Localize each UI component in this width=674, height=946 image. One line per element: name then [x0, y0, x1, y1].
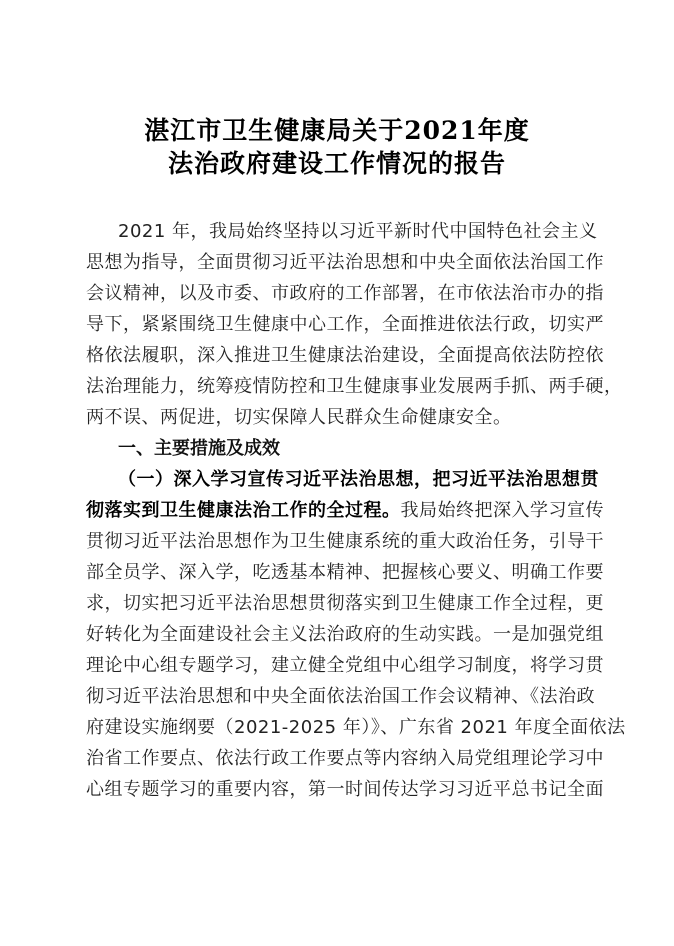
document-title-line2: 法治政府建设工作情况的报告 — [0, 147, 674, 180]
body-line: 部全员学、深入学，吃透基本精神、把握核心要义、明确工作要 — [86, 557, 592, 588]
body-line-mixed: 彻落实到卫生健康法治工作的全过程。我局始终把深入学习宣传 — [86, 495, 592, 526]
document-title-line1: 湛江市卫生健康局关于2021年度 — [0, 114, 674, 147]
body-line: 府建设实施纲要（2021-2025 年）》、广东省 2021 年度全面依法 — [86, 712, 592, 743]
body-line: 好转化为全面建设社会主义法治政府的生动实践。一是加强党组 — [86, 619, 592, 650]
body-line: 理论中心组专题学习，建立健全党组中心组学习制度，将学习贯 — [86, 650, 592, 681]
intro-line: 导下，紧紧围绕卫生健康中心工作，全面推进依法行政，切实严 — [86, 309, 592, 340]
body-line: 心组专题学习的重要内容，第一时间传达学习习近平总书记全面 — [86, 774, 592, 805]
body-line: 求，切实把习近平法治思想贯彻落实到卫生健康工作全过程，更 — [86, 588, 592, 619]
document-page: 湛江市卫生健康局关于2021年度 法治政府建设工作情况的报告 2021 年，我局… — [0, 0, 674, 946]
body-line: 贯彻习近平法治思想作为卫生健康系统的重大政治任务，引导干 — [86, 526, 592, 557]
intro-line: 2021 年，我局始终坚持以习近平新时代中国特色社会主义 — [118, 216, 592, 247]
intro-line: 法治理能力，统筹疫情防控和卫生健康事业发展两手抓、两手硬， — [86, 371, 592, 402]
body-text: 我局始终把深入学习宣传 — [401, 500, 605, 521]
body-line: 治省工作要点、依法行政工作要点等内容纳入局党组理论学习中 — [86, 743, 592, 774]
intro-line: 格依法履职，深入推进卫生健康法治建设，全面提高依法防控依 — [86, 340, 592, 371]
intro-line: 两不误、两促进，切实保障人民群众生命健康安全。 — [86, 402, 592, 433]
section-heading: 一、主要措施及成效 — [118, 433, 280, 464]
intro-line: 会议精神，以及市委、市政府的工作部署，在市依法治市办的指 — [86, 278, 592, 309]
subsection-heading-line: （一）深入学习宣传习近平法治思想，把习近平法治思想贯 — [118, 464, 592, 495]
body-line: 彻习近平法治思想和中央全面依法治国工作会议精神、《法治政 — [86, 681, 592, 712]
intro-line: 思想为指导，全面贯彻习近平法治思想和中央全面依法治国工作 — [86, 247, 592, 278]
subsection-heading-tail: 彻落实到卫生健康法治工作的全过程。 — [86, 500, 401, 521]
